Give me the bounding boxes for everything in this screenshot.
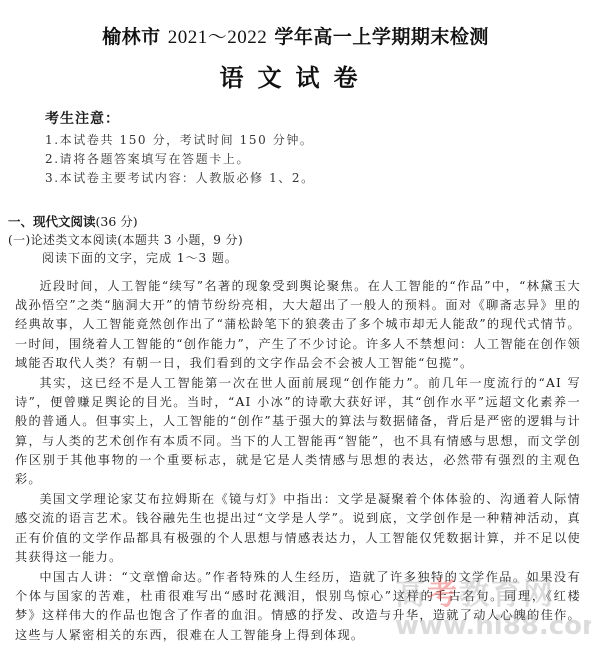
subject-title: 语文试卷 [0, 58, 591, 93]
exam-page: 榆林市 2021～2022 学年高一上学期期末检测 语文试卷 考生注意： 1.本… [0, 0, 591, 648]
section-modern-reading: 一、现代文阅读(36 分) (一)论述类文本阅读(本题共 3 小题，9 分) 阅… [8, 213, 588, 268]
notice-heading: 考生注意： [45, 110, 315, 129]
exam-title-prefix: 榆林市 [102, 26, 161, 48]
subsection-heading: (一)论述类文本阅读(本题共 3 小题，9 分) [8, 231, 588, 249]
reading-passage: 近段时间，人工智能“续写”名著的现象受到舆论聚焦。在人工智能的“作品”中，“林黛… [15, 277, 581, 646]
candidate-notice: 考生注意： 1.本试卷共 150 分，考试时间 150 分钟。 2.请将各题答案… [45, 110, 315, 188]
notice-item: 3.本试卷主要考试内容：人教版必修 1、2。 [45, 169, 315, 188]
passage-paragraph: 近段时间，人工智能“续写”名著的现象受到舆论聚焦。在人工智能的“作品”中，“林黛… [15, 277, 581, 373]
exam-title-years: 2021～2022 [168, 27, 268, 48]
passage-paragraph: 美国文学理论家艾布拉姆斯在《镜与灯》中指出：文学是凝聚着个体体验的、沟通着人际情… [15, 490, 581, 567]
section-score: (36 分) [96, 214, 138, 229]
notice-item: 2.请将各题答案填写在答题卡上。 [45, 150, 315, 169]
exam-title: 榆林市 2021～2022 学年高一上学期期末检测 [0, 22, 591, 49]
section-heading: 一、现代文阅读(36 分) [8, 213, 588, 231]
exam-title-suffix: 学年高一上学期期末检测 [274, 26, 489, 48]
section-heading-text: 一、现代文阅读 [8, 214, 96, 229]
passage-paragraph: 中国古人讲：“文章憎命达。”作者特殊的人生经历，造就了许多独特的文学作品。如果没… [15, 568, 581, 645]
notice-item: 1.本试卷共 150 分，考试时间 150 分钟。 [45, 131, 315, 150]
reading-instruction: 阅读下面的文字，完成 1～3 题。 [8, 249, 588, 268]
passage-paragraph: 其实，这已经不是人工智能第一次在世人面前展现“创作能力”。前几年一度流行的“AI… [15, 374, 581, 489]
